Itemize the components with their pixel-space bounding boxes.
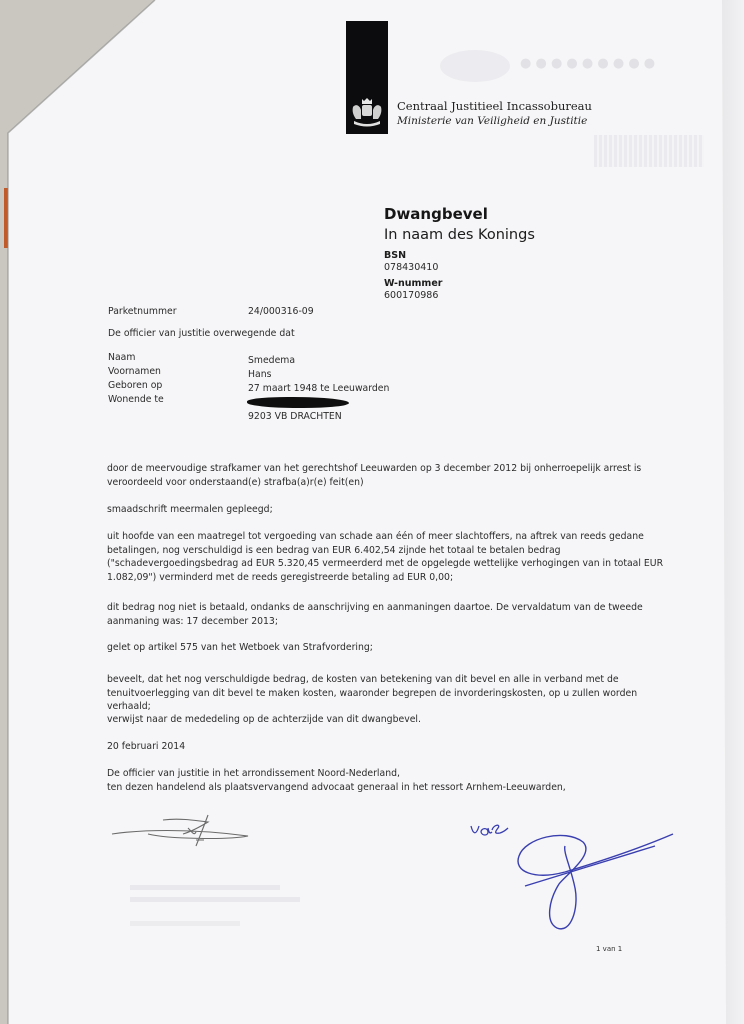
wnummer-label: W-nummer: [384, 278, 442, 289]
show-through-text: [130, 885, 490, 945]
official-signature-icon: [108, 812, 268, 852]
first-names-value: Hans: [248, 369, 271, 380]
document-title: Dwangbevel: [384, 205, 488, 223]
document-subtitle: In naam des Konings: [384, 227, 535, 243]
first-names-label: Voornamen: [108, 366, 161, 377]
bsn-value: 078430410: [384, 262, 438, 273]
parketnummer-label: Parketnummer: [108, 306, 177, 317]
show-through-barcode: [594, 135, 704, 167]
offense-paragraph: smaadschrift meermalen gepleegd;: [107, 503, 667, 517]
legal-basis-paragraph: gelet op artikel 575 van het Wetboek van…: [107, 641, 667, 655]
document-date: 20 februari 2014: [107, 740, 667, 754]
wnummer-value: 600170986: [384, 290, 438, 301]
order-paragraph: beveelt, dat het nog verschuldigde bedra…: [107, 673, 667, 714]
bsn-label: BSN: [384, 250, 406, 261]
royal-coat-of-arms-icon: [350, 97, 384, 129]
residence-label: Wonende te: [108, 394, 164, 405]
redacted-address: [247, 397, 349, 408]
show-through-logo: [440, 50, 510, 82]
unpaid-paragraph: dit bedrag nog niet is betaald, ondanks …: [107, 601, 667, 628]
parketnummer-value: 24/000316-09: [248, 306, 314, 317]
closing-line-2: ten dezen handelend als plaatsvervangend…: [107, 781, 667, 795]
birth-label: Geboren op: [108, 380, 162, 391]
document-page: ● ● ● ● ● ● ● ● ● Centraal Justitieel In…: [0, 0, 744, 1024]
reference-paragraph: verwijst naar de mededeling op de achter…: [107, 713, 667, 727]
name-value: Smedema: [248, 355, 295, 366]
show-through-text: ● ● ● ● ● ● ● ● ●: [520, 56, 655, 71]
postal-city: 9203 VB DRACHTEN: [248, 411, 342, 422]
conviction-paragraph: door de meervoudige strafkamer van het g…: [107, 462, 667, 489]
amount-paragraph: uit hoofde van een maatregel tot vergoed…: [107, 530, 667, 584]
page-indicator: 1 van 1: [596, 945, 622, 953]
officer-intro: De officier van justitie overwegende dat: [108, 328, 295, 339]
birth-value: 27 maart 1948 te Leeuwarden: [248, 383, 389, 394]
government-logo-bar: [346, 21, 388, 134]
handwritten-signature-icon: [505, 828, 680, 940]
ministry-name: Ministerie van Veiligheid en Justitie: [397, 115, 587, 127]
organization-name: Centraal Justitieel Incassobureau: [397, 99, 592, 113]
name-label: Naam: [108, 352, 135, 363]
closing-line-1: De officier van justitie in het arrondis…: [107, 767, 667, 781]
binder-tab-mark: [4, 188, 8, 248]
